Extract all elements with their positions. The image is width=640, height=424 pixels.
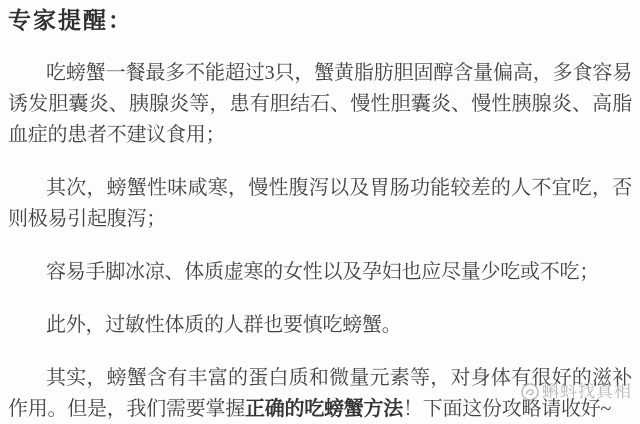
conclusion-text-post: ！下面这份攻略请收好~ (403, 398, 611, 420)
article-body: 专家提醒： 吃螃蟹一餐最多不能超过3只，蟹黄脂肪胆固醇含量偏高，多食容易诱发胆囊… (0, 0, 640, 424)
paragraph-conclusion: 其实，螃蟹含有丰富的蛋白质和微量元素等，对身体有很好的滋补作用。但是，我们需要掌… (8, 363, 632, 424)
paragraph-crab-limit: 吃螃蟹一餐最多不能超过3只，蟹黄脂肪胆固醇含量偏高，多食容易诱发胆囊炎、胰腺炎等… (8, 58, 632, 151)
conclusion-bold-phrase: 正确的吃螃蟹方法 (245, 398, 403, 420)
article-heading: 专家提醒： (8, 5, 632, 36)
paragraph-pregnant-women: 容易手脚冰凉、体质虚寒的女性以及孕妇也应尽量少吃或不吃； (8, 257, 632, 288)
paragraph-allergy: 此外，过敏性体质的人群也要慎吃螃蟹。 (8, 310, 632, 341)
paragraph-cold-nature: 其次，螃蟹性味咸寒，慢性腹泻以及胃肠功能较差的人不宜吃，否则极易引起腹泻； (8, 173, 632, 235)
